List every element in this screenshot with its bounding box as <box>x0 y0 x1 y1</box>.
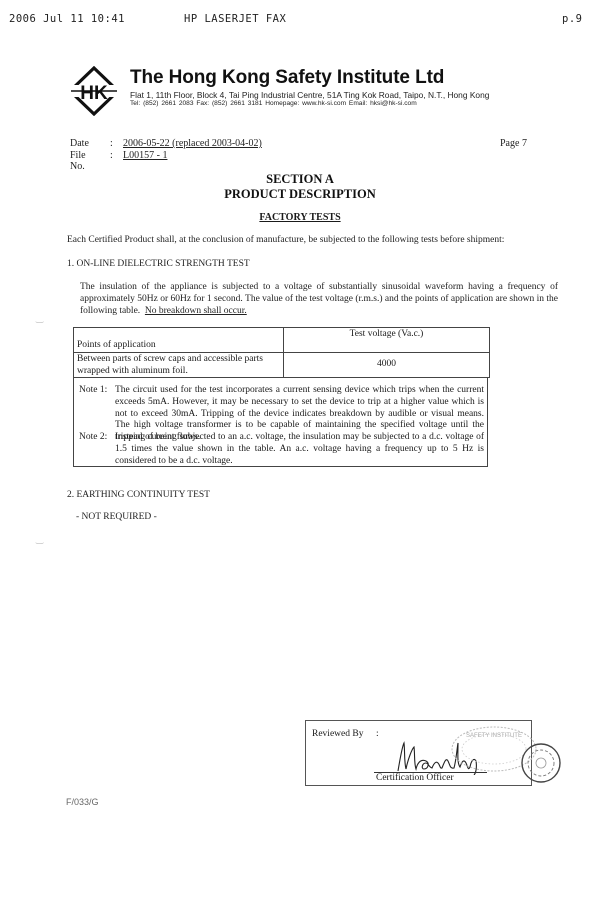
round-seal-icon <box>520 742 562 784</box>
fax-device: HP LASERJET FAX <box>184 13 286 25</box>
form-code: F/033/G <box>66 797 99 807</box>
table-cell-voltage: 4000 <box>284 353 489 377</box>
hksi-logo-icon: HK <box>68 66 120 116</box>
file-colon: : <box>110 150 113 161</box>
test-voltage-table: Points of application Test voltage (Va.c… <box>73 327 490 378</box>
svg-text:HK: HK <box>80 83 108 104</box>
file-label: File No. <box>70 150 86 172</box>
reviewed-by-label: Reviewed By <box>312 729 363 739</box>
reviewer-title: Certification Officer <box>376 773 454 783</box>
company-contact: Tel: (852) 2661 2083 Fax: (852) 2661 318… <box>130 100 417 107</box>
review-box: Reviewed By : Certification Officer SAFE… <box>305 720 532 786</box>
table-header-points: Points of application <box>74 328 284 352</box>
section-subtitle: PRODUCT DESCRIPTION <box>0 187 600 202</box>
intro-text: Each Certified Product shall, at the con… <box>67 234 567 246</box>
table-cell-points: Between parts of screw caps and accessib… <box>74 353 284 377</box>
reviewed-by-colon: : <box>376 729 379 739</box>
note-2: Note 2: Instead of being subjected to an… <box>79 432 484 467</box>
notes-box: Note 1: The circuit used for the test in… <box>73 377 488 467</box>
date-label: Date <box>70 138 89 149</box>
page-number: Page 7 <box>500 138 527 149</box>
table-header-voltage: Test voltage (Va.c.) <box>284 328 489 352</box>
svg-text:SAFETY INSTITUTE: SAFETY INSTITUTE <box>466 733 522 739</box>
note-1-label: Note 1: <box>79 385 107 397</box>
company-address: Flat 1, 11th Floor, Block 4, Tai Ping In… <box>130 90 489 100</box>
date-colon: : <box>110 138 113 149</box>
company-name: The Hong Kong Safety Institute Ltd <box>130 67 444 89</box>
table-row: Between parts of screw caps and accessib… <box>74 353 489 377</box>
factory-tests-heading: FACTORY TESTS <box>0 212 600 223</box>
fax-mark: ‿ <box>36 313 43 324</box>
fax-datetime: 2006 Jul 11 10:41 <box>9 13 125 25</box>
fax-page: p.9 <box>562 13 582 25</box>
note-2-label: Note 2: <box>79 432 107 444</box>
table-header-row: Points of application Test voltage (Va.c… <box>74 328 489 353</box>
test1-body: The insulation of the appliance is subje… <box>80 281 558 317</box>
date-value: 2006-05-22 (replaced 2003-04-02) <box>123 138 262 149</box>
section-title: SECTION A <box>0 172 600 187</box>
test1-emphasis: No breakdown shall occur. <box>145 306 247 316</box>
file-value: L00157 - 1 <box>123 150 167 161</box>
note-2-text: Instead of being subjected to an a.c. vo… <box>115 432 484 467</box>
test1-heading: 1. ON-LINE DIELECTRIC STRENGTH TEST <box>67 258 250 270</box>
test2-status: - NOT REQUIRED - <box>76 511 157 523</box>
test2-heading: 2. EARTHING CONTINUITY TEST <box>67 489 210 501</box>
fax-mark: ‿ <box>36 534 43 545</box>
